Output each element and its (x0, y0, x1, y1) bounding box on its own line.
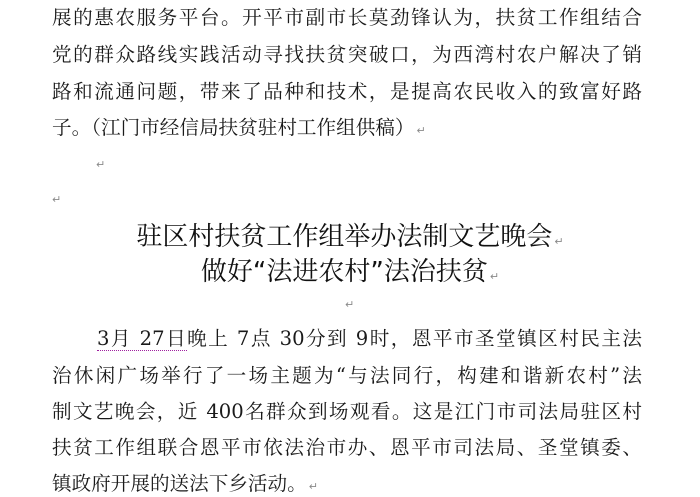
date-text: 3月 27日 (97, 327, 187, 351)
paragraph2-line2: 治休闲广场举行了一场主题为“与法同行，构建和谐新农村”法 (52, 364, 642, 388)
paragraph1-line4-text: 子。（江门市经信局扶贫驻村工作组供稿） (52, 116, 414, 139)
paragraph1-line4: 子。（江门市经信局扶贫驻村工作组供稿）↵ (52, 116, 642, 143)
paragraph-mark-icon: ↵ (416, 124, 425, 137)
paragraph1-line3: 路和流通问题，带来了品种和技术，是提高农民收入的致富好路 (52, 80, 642, 104)
paragraph2-line3: 制文艺晚会，近 400名群众到场观看。这是江门市司法局驻区村 (52, 400, 642, 424)
article-title-line1-text: 驻区村扶贫工作组举办法制文艺晚会 (136, 221, 552, 253)
article-title-line2-text: 做好“法进农村”法治扶贫 (201, 256, 488, 288)
paragraph-mark-icon: ↵ (554, 235, 563, 248)
paragraph-mark-icon: ↵ (490, 270, 499, 283)
paragraph2-line4: 扶贫工作组联合恩平市依法治市办、恩平市司法局、圣堂镇委、 (52, 436, 642, 460)
paragraph-mark-icon: ↵ (309, 480, 318, 493)
paragraph1-line1: 展的惠农服务平台。开平市副市长莫劲锋认为，扶贫工作组结合 (52, 6, 642, 30)
paragraph2-line5-text: 镇政府开展的送法下乡活动。 (52, 472, 307, 495)
paragraph1-line2: 党的群众路线实践活动寻找扶贫突破口，为西湾村农户解决了销 (52, 43, 642, 67)
paragraph-mark-icon: ↵ (96, 158, 105, 171)
paragraph-mark-icon: ↵ (52, 193, 61, 206)
article-title-line2: 做好“法进农村”法治扶贫↵ (0, 256, 700, 293)
paragraph2-line1: 3月 27日晚上 7点 30分到 9时，恩平市圣堂镇区村民主法 (97, 327, 642, 351)
article-title-line1: 驻区村扶贫工作组举办法制文艺晚会↵ (0, 221, 700, 258)
paragraph-mark-icon: ↵ (345, 298, 354, 311)
paragraph2-line5: 镇政府开展的送法下乡活动。↵ (52, 472, 642, 497)
paragraph2-line1-text: 晚上 7点 30分到 9时，恩平市圣堂镇区村民主法 (187, 327, 642, 350)
